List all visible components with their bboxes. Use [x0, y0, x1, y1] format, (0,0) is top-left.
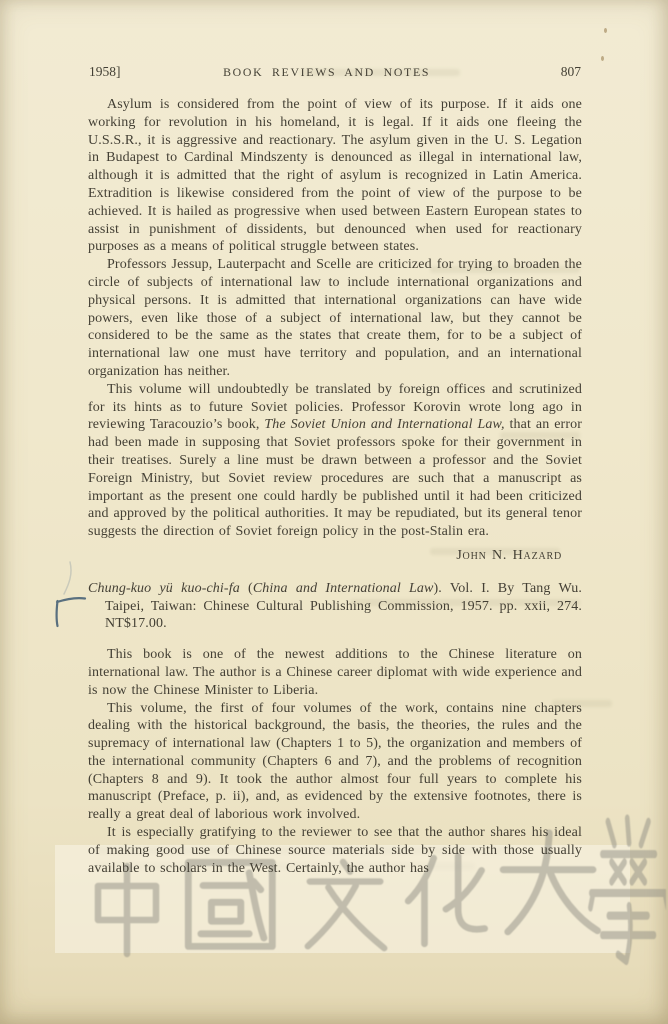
paragraph-translation: This volume will undoubtedly be translat…	[88, 381, 582, 541]
scanned-page: 1958] BOOK REVIEWS AND NOTES 807 Asylum …	[0, 0, 668, 1024]
dust-speck	[601, 56, 604, 61]
watermark-char-xue	[590, 818, 666, 961]
header-year: 1958]	[89, 64, 121, 80]
paragraph-book-intro: This book is one of the newest additions…	[88, 646, 582, 699]
book-citation: Chung-kuo yü kuo-chi-fa (China and Inter…	[88, 580, 582, 633]
paragraph-professors: Professors Jessup, Lauterpacht and Scell…	[88, 256, 582, 381]
dust-speck	[604, 28, 607, 33]
header-page-number: 807	[561, 64, 581, 80]
paragraph-volume-contents: This volume, the first of four volumes o…	[88, 700, 582, 825]
paragraph-gratifying: It is especially gratifying to the revie…	[88, 824, 582, 877]
running-head: 1958] BOOK REVIEWS AND NOTES 807	[89, 64, 581, 80]
faint-pencil-stroke	[64, 562, 71, 594]
paragraph-asylum: Asylum is considered from the point of v…	[88, 96, 582, 256]
reviewer-signature: John N. Hazard	[88, 547, 582, 565]
margin-bracket-mark	[40, 556, 100, 636]
text-block: Asylum is considered from the point of v…	[88, 96, 582, 877]
header-title: BOOK REVIEWS AND NOTES	[223, 65, 430, 80]
watermark-char-zhong	[98, 866, 156, 954]
